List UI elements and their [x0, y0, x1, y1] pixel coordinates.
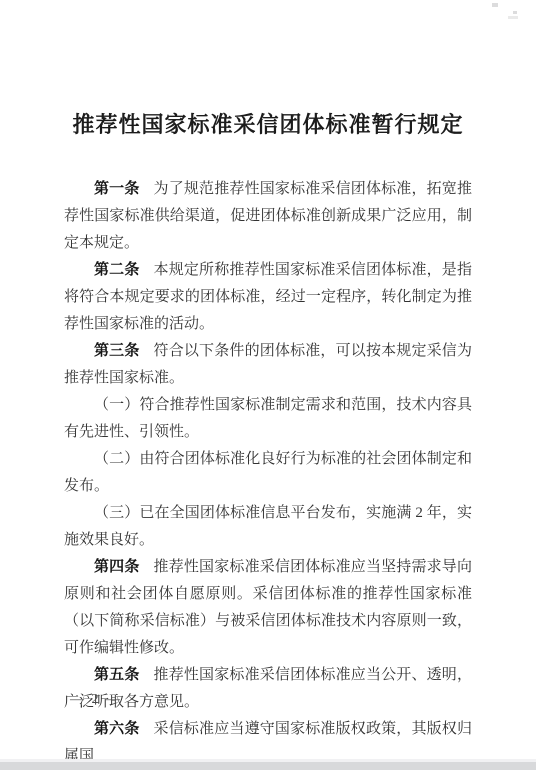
paragraph-article-3: 第三条符合以下条件的团体标准，可以按本规定采信为推荐性国家标准。	[64, 338, 472, 392]
scanned-document-page: 推荐性国家标准采信团体标准暂行规定 第一条为了规范推荐性国家标准采信团体标准，拓…	[0, 0, 536, 770]
article-label: 第六条	[94, 721, 140, 737]
scan-artifact-speck	[513, 11, 517, 14]
paragraph-article-4: 第四条推荐性国家标准采信团体标准应当坚持需求导向原则和社会团体自愿原则。采信团体…	[64, 554, 472, 662]
article-label: 第一条	[94, 181, 140, 197]
article-label: 第四条	[94, 559, 140, 575]
scan-edge-strip	[0, 759, 536, 770]
article-label: 第五条	[94, 667, 140, 683]
paragraph-article-1: 第一条为了规范推荐性国家标准采信团体标准，拓宽推荐性国家标准供给渠道，促进团体标…	[64, 176, 472, 257]
paragraph-item-2: （二）由符合团体标准化良好行为标准的社会团体制定和发布。	[64, 446, 472, 500]
paragraph-item-3: （三）已在全国团体标准信息平台发布，实施满 2 年，实施效果良好。	[64, 500, 472, 554]
page-number: — 2 —	[70, 692, 122, 708]
article-text: （二）由符合团体标准化良好行为标准的社会团体制定和发布。	[64, 451, 472, 494]
paragraph-item-1: （一）符合推荐性国家标准制定需求和范围，技术内容具有先进性、引领性。	[64, 392, 472, 446]
paragraph-article-5: 第五条推荐性国家标准采信团体标准应当公开、透明，广泛听取各方意见。	[64, 662, 472, 716]
document-body: 第一条为了规范推荐性国家标准采信团体标准，拓宽推荐性国家标准供给渠道，促进团体标…	[64, 176, 472, 770]
article-text: （一）符合推荐性国家标准制定需求和范围，技术内容具有先进性、引领性。	[64, 397, 472, 440]
article-label: 第二条	[94, 262, 140, 278]
article-text: （三）已在全国团体标准信息平台发布，实施满 2 年，实施效果良好。	[64, 505, 472, 548]
scan-artifact-speck	[508, 16, 518, 19]
scan-artifact-speck	[492, 3, 498, 7]
document-title: 推荐性国家标准采信团体标准暂行规定	[0, 108, 536, 139]
paragraph-article-2: 第二条本规定所称推荐性国家标准采信团体标准，是指将符合本规定要求的团体标准，经过…	[64, 257, 472, 338]
article-label: 第三条	[94, 343, 140, 359]
